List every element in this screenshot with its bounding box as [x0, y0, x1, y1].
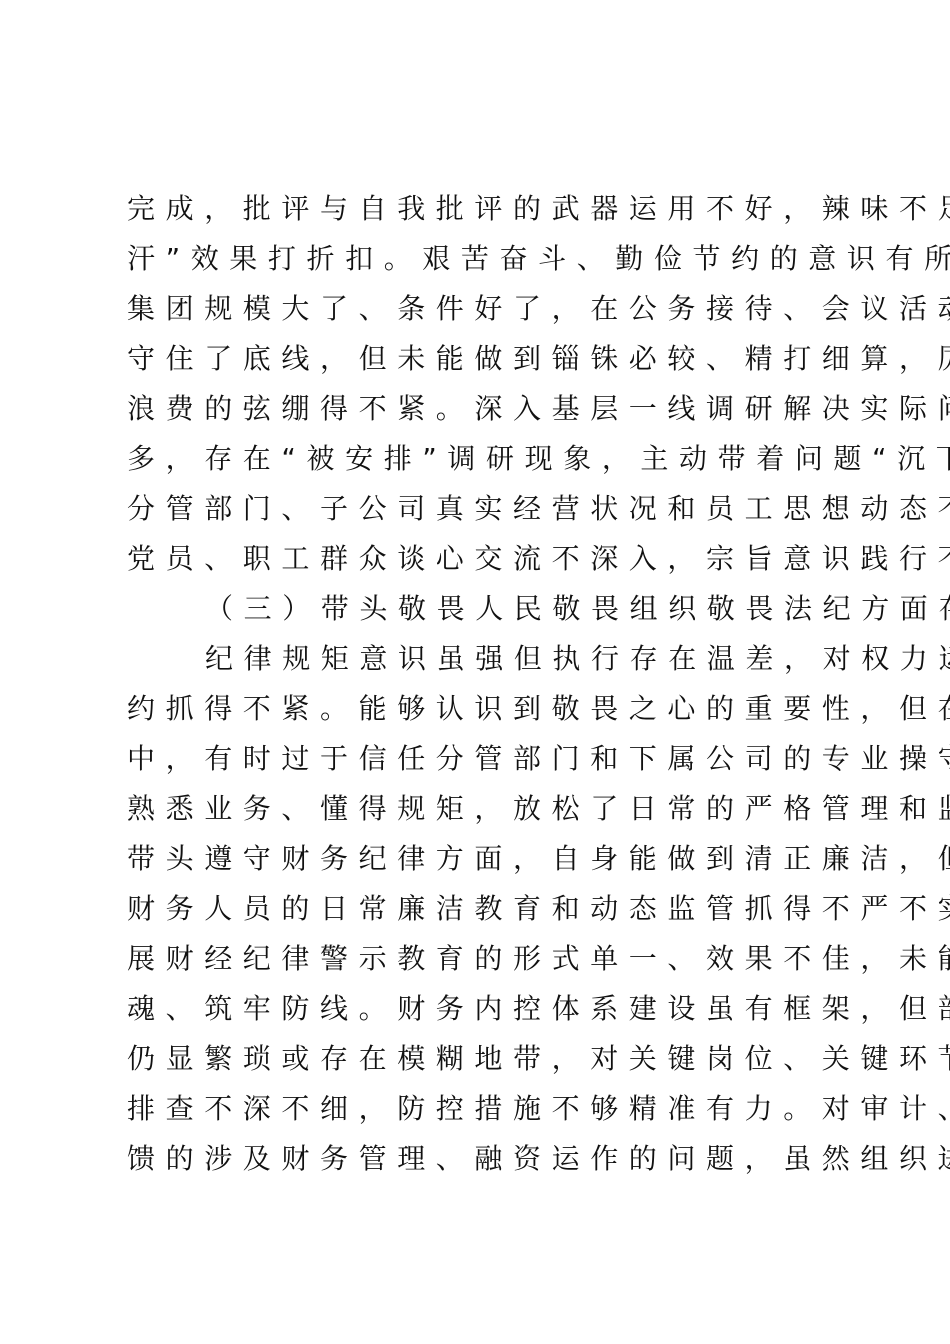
- text-line: 中，有时过于信任分管部门和下属公司的专业操守，认为他们: [127, 734, 837, 784]
- text-line: 多，存在“被安排”调研现象，主动带着问题“沉下去”了解: [127, 434, 837, 484]
- text-line: 仍显繁琐或存在模糊地带，对关键岗位、关键环节的廉政风险: [127, 1034, 837, 1084]
- text-line: 分管部门、子公司真实经营状况和员工思想动态不够，与普通: [127, 484, 837, 534]
- text-line: 展财经纪律警示教育的形式单一、效果不佳，未能真正触及灵: [127, 934, 837, 984]
- text-line: 财务人员的日常廉洁教育和动态监管抓得不严不实，常态化开: [127, 884, 837, 934]
- section-heading: （三）带头敬畏人民敬畏组织敬畏法纪方面存在的问题。: [127, 584, 837, 634]
- text-line: 排查不深不细，防控措施不够精准有力。对审计、巡视巡察反: [127, 1084, 837, 1134]
- document-body: 完成，批评与自我批评的武器运用不好，辣味不足，“红脸出 汗”效果打折扣。艰苦奋斗…: [127, 184, 837, 1184]
- text-line: 魂、筑牢防线。财务内控体系建设虽有框架，但部分审批流程: [127, 984, 837, 1034]
- text-line: 党员、职工群众谈心交流不深入，宗旨意识践行不彻底。: [127, 534, 837, 584]
- text-line: 汗”效果打折扣。艰苦奋斗、勤俭节约的意识有所淡化，认为: [127, 234, 837, 284]
- text-line: 守住了底线，但未能做到锱铢必较、精打细算，厉行节约反对: [127, 334, 837, 384]
- document-page: 完成，批评与自我批评的武器运用不好，辣味不足，“红脸出 汗”效果打折扣。艰苦奋斗…: [0, 0, 950, 1344]
- text-line: 带头遵守财务纪律方面，自身能做到清正廉洁，但对分管领域: [127, 834, 837, 884]
- text-line: 馈的涉及财务管理、融资运作的问题，虽然组织进行了整改，: [127, 1134, 837, 1184]
- text-line: 浪费的弦绷得不紧。深入基层一线调研解决实际问题的次数不: [127, 384, 837, 434]
- text-line: 熟悉业务、懂得规矩，放松了日常的严格管理和监督提醒。在: [127, 784, 837, 834]
- text-line: 集团规模大了、条件好了，在公务接待、会议活动等方面虽然: [127, 284, 837, 334]
- text-line: 完成，批评与自我批评的武器运用不好，辣味不足，“红脸出: [127, 184, 837, 234]
- text-line: 约抓得不紧。能够认识到敬畏之心的重要性，但在具体工作: [127, 684, 837, 734]
- text-line: 纪律规矩意识虽强但执行存在温差，对权力运行的监督制: [127, 634, 837, 684]
